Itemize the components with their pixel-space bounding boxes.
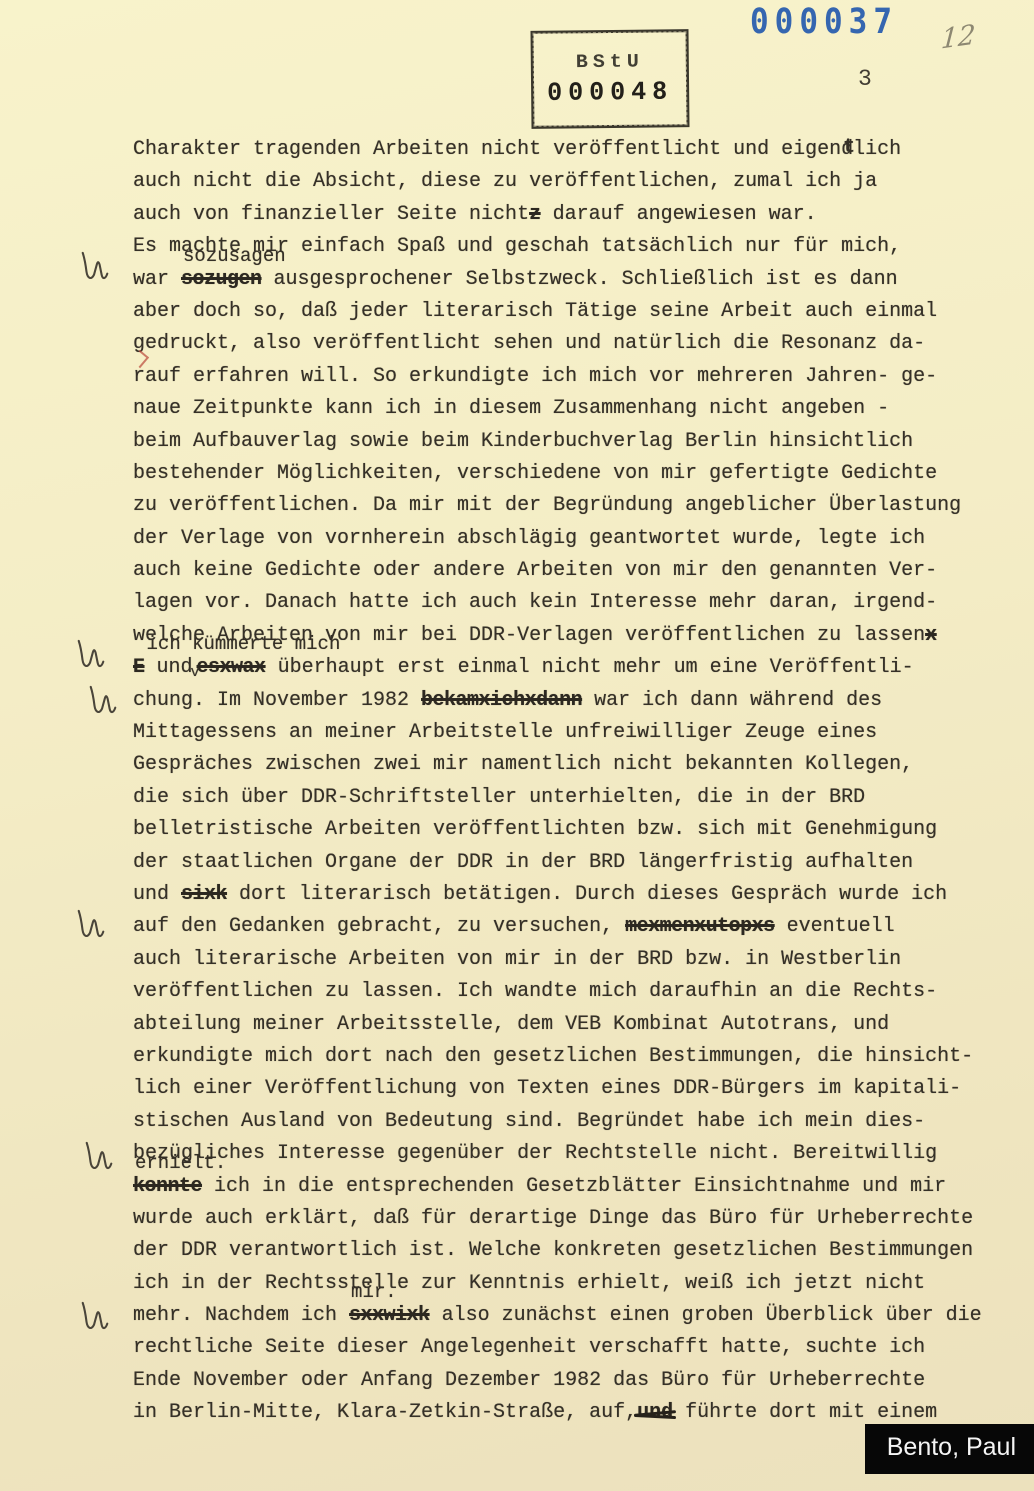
typewritten-text: rechtliche Seite dieser Angelegenheit ve… — [133, 1336, 925, 1359]
typewritten-text: lagen vor. Danach hatte ich auch kein In… — [133, 591, 937, 614]
scanned-document-page: 000037 12 3 BStU 000048 Charakter tragen… — [0, 0, 1034, 1491]
text-line: chung. Im November 1982 bekamxichxdann w… — [133, 685, 1023, 717]
struck-text: esxwax — [197, 656, 266, 679]
typewritten-text: der staatlichen Organe der DDR in der BR… — [133, 851, 913, 874]
text-line: rechtliche Seite dieser Angelegenheit ve… — [133, 1332, 1023, 1364]
handwritten-margin-mark — [74, 636, 108, 676]
handwritten-margin-mark — [74, 906, 108, 946]
typewritten-text: der DDR verantwortlich ist. Welche konkr… — [133, 1239, 973, 1262]
overtyped-correction: t — [843, 132, 855, 164]
text-line: und sixk dort literarisch betätigen. Dur… — [133, 879, 1023, 911]
typewritten-text: der Verlage von vornherein abschlägig ge… — [133, 527, 925, 550]
text-line: auch von finanzieller Seite nichtz darau… — [133, 199, 1023, 231]
stamp-agency-text: BStU — [576, 51, 644, 74]
typewritten-text: war — [133, 268, 181, 291]
handwritten-margin-mark — [86, 682, 120, 722]
inserted-text-above: ich kümmerte mich — [147, 635, 341, 653]
typewritten-text: und — [133, 883, 181, 906]
typewritten-text: zu veröffentlichen. Da mir mit der Begrü… — [133, 494, 961, 517]
typewritten-text: aber doch so, daß jeder literarisch Täti… — [133, 300, 937, 323]
text-line: wurde auch erklärt, daß für derartige Di… — [133, 1203, 1023, 1235]
name-label: Bento, Paul — [865, 1424, 1034, 1474]
paraph-icon — [78, 1298, 112, 1338]
text-line: lagen vor. Danach hatte ich auch kein In… — [133, 587, 1023, 619]
typewritten-text: lich einer Veröffentlichung von Texten e… — [133, 1077, 961, 1100]
text-line: der staatlichen Organe der DDR in der BR… — [133, 847, 1023, 879]
typewritten-text: bestehender Möglichkeiten, verschiedene … — [133, 462, 937, 485]
typewritten-text: mehr. Nachdem ich — [133, 1304, 349, 1327]
typewritten-text: beim Aufbauverlag sowie beim Kinderbuchv… — [133, 430, 913, 453]
correction-group: ich kümmerte mich und — [145, 652, 193, 684]
text-line: beim Aufbauverlag sowie beim Kinderbuchv… — [133, 426, 1023, 458]
struck-text: mexmenxutopxs — [625, 915, 775, 938]
typewritten-text: eventuell — [775, 915, 895, 938]
pencil-page-note: 12 — [940, 19, 976, 55]
stamp-serial-number: 000048 — [547, 77, 673, 109]
typewritten-text: gedruckt, also veröffentlicht sehen und … — [133, 332, 925, 355]
page-number: 3 — [858, 66, 872, 92]
paraph-icon — [82, 1138, 116, 1178]
correction-group: sozusagensozugen — [181, 264, 262, 296]
typewritten-text: ich in die entsprechenden Gesetzblätter … — [202, 1175, 946, 1198]
typewritten-text: darauf angewiesen war. — [541, 203, 817, 226]
insertion-caret: v — [191, 657, 200, 689]
typewritten-text: naue Zeitpunkte kann ich in diesem Zusam… — [133, 397, 889, 420]
text-line: Mittagessens an meiner Arbeitstelle unfr… — [133, 717, 1023, 749]
struck-text: konnte — [133, 1175, 202, 1198]
typewritten-text: in Berlin-Mitte, Klara-Zetkin-Straße, au… — [133, 1401, 637, 1424]
typewritten-text: war ich dann während des — [582, 689, 882, 712]
paraph-icon — [74, 636, 108, 676]
typewritten-text: chung. Im November 1982 — [133, 689, 421, 712]
struck-text: z — [529, 203, 541, 226]
struck-text: sozugen — [181, 268, 262, 291]
typewritten-text: Mittagessens an meiner Arbeitstelle unfr… — [133, 721, 877, 744]
typewritten-text: auch literarische Arbeiten von mir in de… — [133, 948, 901, 971]
typewritten-text: auch nicht die Absicht, diese zu veröffe… — [133, 170, 877, 193]
typewritten-text: veröffentlichen zu lassen. Ich wandte mi… — [133, 980, 937, 1003]
typewritten-text: rauf erfahren will. So erkundigte ich mi… — [133, 365, 937, 388]
typewritten-text: abteilung meiner Arbeitsstelle, dem VEB … — [133, 1013, 889, 1036]
text-line: der Verlage von vornherein abschlägig ge… — [133, 523, 1023, 555]
typewritten-text: auch von finanzieller Seite nicht — [133, 203, 529, 226]
text-line: Charakter tragenden Arbeiten nicht veröf… — [133, 134, 1023, 166]
typewritten-text: lich — [853, 138, 901, 161]
text-line: Gespräches zwischen zwei mir namentlich … — [133, 749, 1023, 781]
typewritten-text: Charakter tragenden Arbeiten nicht veröf… — [133, 138, 841, 161]
typewritten-text: die sich über DDR-Schriftsteller unterhi… — [133, 786, 865, 809]
typewritten-text: auf den Gedanken gebracht, zu versuchen, — [133, 915, 625, 938]
inserted-text-above: mir. — [351, 1283, 397, 1301]
text-line: Eich kümmerte mich undvesxwax überhaupt … — [133, 652, 1023, 684]
correction-group: mir.sxxwixk — [349, 1300, 430, 1332]
typewritten-text: belletristische Arbeiten veröffentlichte… — [133, 818, 937, 841]
text-body: Charakter tragenden Arbeiten nicht veröf… — [133, 134, 1023, 1430]
text-line: erkundigte mich dort nach den gesetzlich… — [133, 1041, 1023, 1073]
text-line: abteilung meiner Arbeitsstelle, dem VEB … — [133, 1009, 1023, 1041]
text-line: mehr. Nachdem ich mir.sxxwixk also zunäc… — [133, 1300, 1023, 1332]
paraph-icon — [78, 248, 112, 288]
text-line: der DDR verantwortlich ist. Welche konkr… — [133, 1235, 1023, 1267]
bstu-stamp: BStU 000048 — [530, 29, 689, 129]
text-line: veröffentlichen zu lassen. Ich wandte mi… — [133, 976, 1023, 1008]
typewritten-text: stischen Ausland von Bedeutung sind. Beg… — [133, 1110, 925, 1133]
typewritten-text: erkundigte mich dort nach den gesetzlich… — [133, 1045, 973, 1068]
text-line: auch keine Gedichte oder andere Arbeiten… — [133, 555, 1023, 587]
struck-text: sxxwixk — [349, 1304, 430, 1327]
inserted-text-above: sozusagen — [183, 247, 286, 265]
struck-text: bekamxichxdann — [421, 689, 582, 712]
typewritten-text: ich in der Rechtsstelle zur Kenntnis erh… — [133, 1272, 925, 1295]
text-line: bestehender Möglichkeiten, verschiedene … — [133, 458, 1023, 490]
text-line: war sozusagensozugen ausgesprochener Sel… — [133, 264, 1023, 296]
struck-text: x — [925, 624, 937, 647]
text-line: zu veröffentlichen. Da mir mit der Begrü… — [133, 490, 1023, 522]
typewritten-text: Ende November oder Anfang Dezember 1982 … — [133, 1369, 925, 1392]
text-line: auch literarische Arbeiten von mir in de… — [133, 944, 1023, 976]
text-line: lich einer Veröffentlichung von Texten e… — [133, 1073, 1023, 1105]
handwritten-margin-mark — [82, 1138, 116, 1178]
typewritten-text: und — [145, 656, 193, 679]
text-line: belletristische Arbeiten veröffentlichte… — [133, 814, 1023, 846]
text-line: gedruckt, also veröffentlicht sehen und … — [133, 328, 1023, 360]
text-line: aber doch so, daß jeder literarisch Täti… — [133, 296, 1023, 328]
text-line: die sich über DDR-Schriftsteller unterhi… — [133, 782, 1023, 814]
text-line: Ende November oder Anfang Dezember 1982 … — [133, 1365, 1023, 1397]
correction-group: erhielt.konnte — [133, 1171, 202, 1203]
typewritten-text: führte dort mit einem — [673, 1401, 937, 1424]
typewritten-text: also zunächst einen groben Überblick übe… — [430, 1304, 982, 1327]
typewritten-text: auch keine Gedichte oder andere Arbeiten… — [133, 559, 937, 582]
typewritten-text: dt — [841, 134, 853, 166]
typewritten-text: wurde auch erklärt, daß für derartige Di… — [133, 1207, 973, 1230]
inserted-text-above: erhielt. — [135, 1154, 226, 1172]
typewritten-text: ausgesprochener Selbstzweck. Schließlich… — [262, 268, 898, 291]
typewritten-text: bezügliches Interesse gegenüber der Rech… — [133, 1142, 937, 1165]
struck-text: sixk — [181, 883, 227, 906]
text-line: naue Zeitpunkte kann ich in diesem Zusam… — [133, 393, 1023, 425]
text-line: stischen Ausland von Bedeutung sind. Beg… — [133, 1106, 1023, 1138]
text-line: auch nicht die Absicht, diese zu veröffe… — [133, 166, 1023, 198]
typewritten-text: überhaupt erst einmal nicht mehr um eine… — [266, 656, 914, 679]
archive-number-stamp: 000037 — [750, 2, 898, 42]
text-line: bezügliches Interesse gegenüber der Rech… — [133, 1138, 1023, 1170]
handwritten-margin-mark — [78, 1298, 112, 1338]
handwritten-margin-mark — [78, 248, 112, 288]
paraph-icon — [86, 682, 120, 722]
text-line: erhielt.konnte ich in die entsprechenden… — [133, 1171, 1023, 1203]
text-line: ich in der Rechtsstelle zur Kenntnis erh… — [133, 1268, 1023, 1300]
text-line: auf den Gedanken gebracht, zu versuchen,… — [133, 911, 1023, 943]
typewritten-text: Gespräches zwischen zwei mir namentlich … — [133, 753, 913, 776]
typewritten-text: dort literarisch betätigen. Durch dieses… — [227, 883, 947, 906]
hand-struck-text: und — [637, 1401, 673, 1424]
paraph-icon — [74, 906, 108, 946]
text-line: rauf erfahren will. So erkundigte ich mi… — [133, 361, 1023, 393]
struck-text: E — [133, 656, 145, 679]
